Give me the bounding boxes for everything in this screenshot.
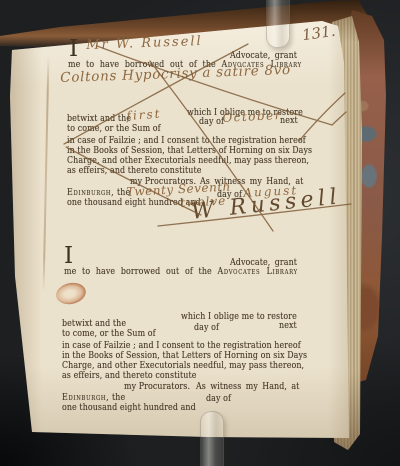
procurators-label: my Procurators. [124,382,190,392]
page-holder-strap-top [266,0,290,48]
betwixt-line: betwixt and the [62,319,126,329]
sum-line: to come, or the Sum of [62,329,156,339]
sum-line: to come, or the Sum of [67,124,161,134]
edinburgh-label: Edinburgh, the [62,393,125,403]
failzie-line: in case of Failzie ; and I consent to th… [62,341,301,351]
borrowed-line: me to have borrowed out of the Advocates… [64,267,298,277]
charge-line: Charge, and other Executorials needful, … [62,361,304,371]
next-label: next [279,321,297,331]
betwixt-line: betwixt and the [67,114,131,124]
charge-line: Charge, and other Executorials needful, … [67,156,309,166]
form-initial: I [69,38,78,61]
edinburgh-label: Edinburgh, the [67,188,130,198]
day-of-label: day of [206,394,231,404]
year-line: one thousand eight hundred and [62,403,196,413]
day-of-label: day of [194,323,219,333]
library-name: Advocates Library [217,267,297,277]
day-of-label: day of [199,117,224,127]
failzie-line: in case of Failzie ; and I consent to th… [67,136,306,146]
effeirs-line: as effeirs, and thereto constitute [62,371,197,381]
return-day-entry: first [126,107,162,123]
next-label: next [280,116,298,126]
witness-line: As witness my Hand, at [196,382,299,392]
effeirs-line: as effeirs, and thereto constitute [67,166,202,176]
page-holder-strap-bottom [200,411,224,466]
form-initial: I [64,245,73,268]
books-of-session-line: in the Books of Session, that Letters of… [67,146,312,156]
book-photograph: 131. I Mr W. Russell Advocate, grant me … [0,0,400,466]
books-of-session-line: in the Books of Session, that Letters of… [62,351,307,361]
